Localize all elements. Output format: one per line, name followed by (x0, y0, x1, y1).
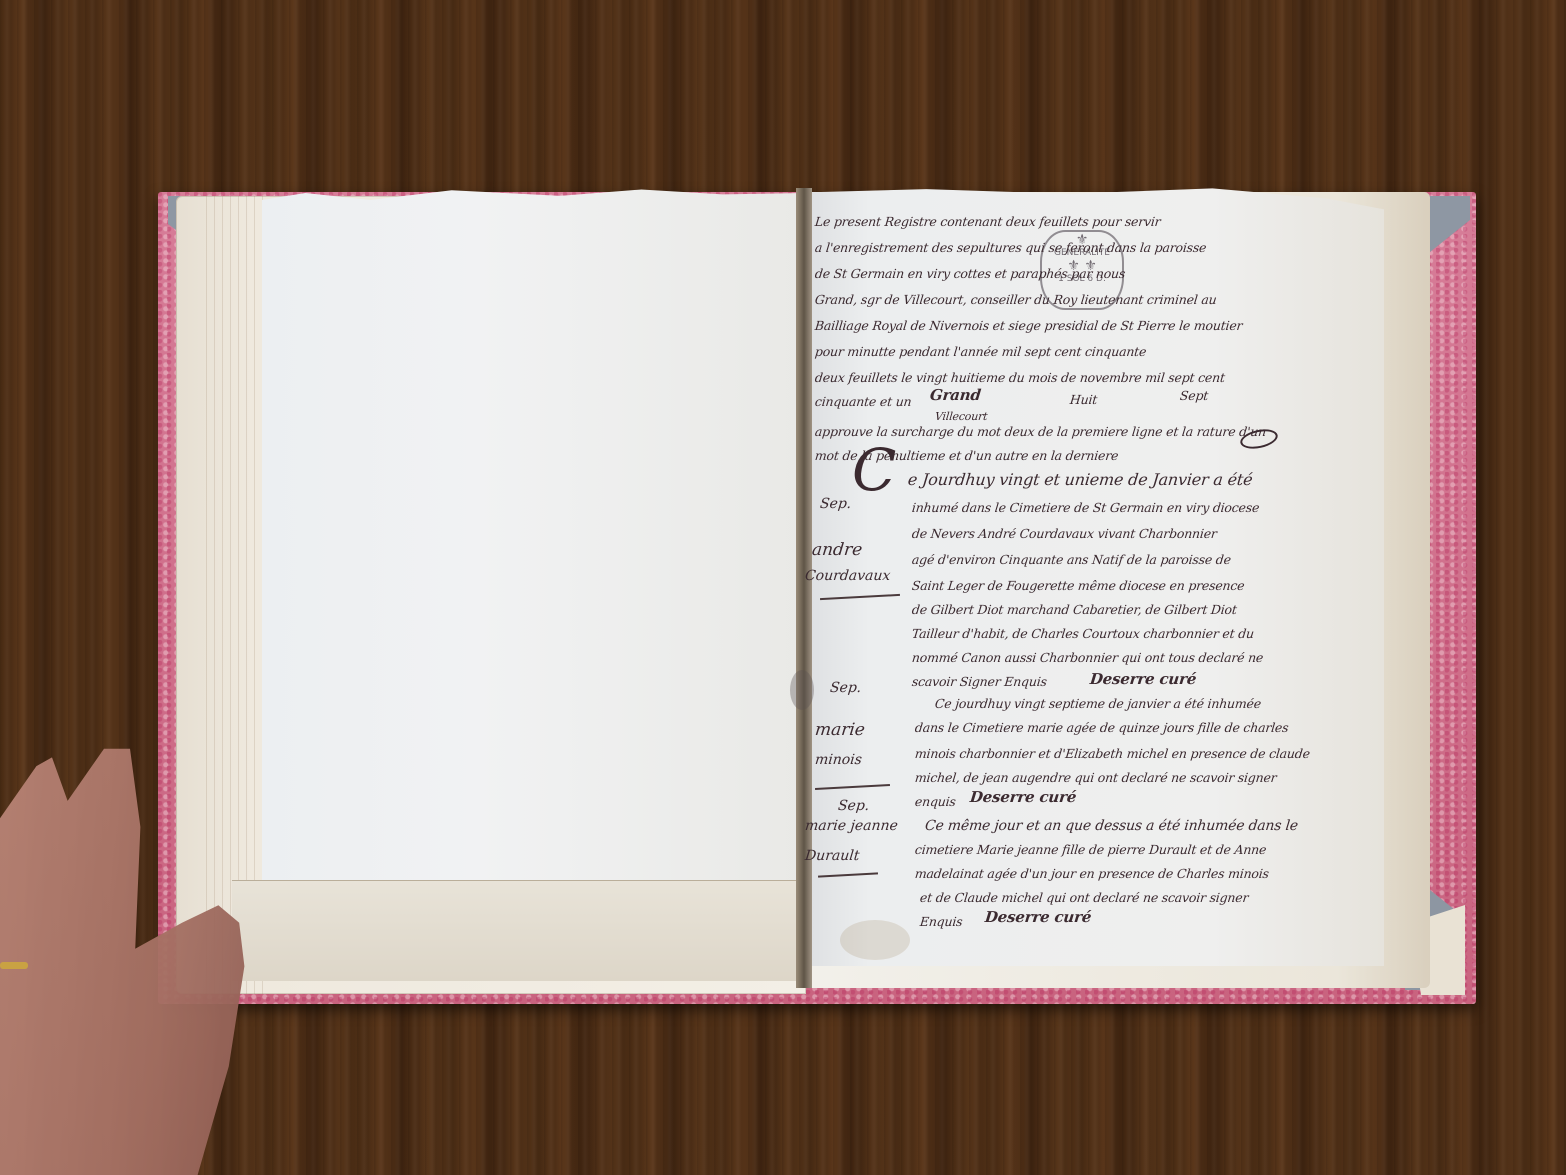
margin-name: marie (814, 720, 866, 740)
left-page-lower-edge (232, 880, 804, 981)
entry-line: cimetiere Marie jeanne fille de pierre D… (914, 842, 1267, 857)
curate-signature: Deserre curé (984, 908, 1092, 926)
preamble-line: deux feuillets le vingt huitieme du mois… (814, 370, 1225, 385)
margin-sep-label: Sep. (819, 496, 852, 512)
page-stain (840, 920, 910, 960)
entry-line: et de Claude michel qui ont declaré ne s… (919, 890, 1249, 905)
entry-line: Ce jourdhuy vingt septieme de janvier a … (934, 696, 1262, 711)
preamble-line: pour minutte pendant l'année mil sept ce… (814, 344, 1147, 359)
preamble-line: Bailliage Royal de Nivernois et siege pr… (814, 318, 1243, 333)
preamble-line: Le present Registre contenant deux feuil… (814, 214, 1161, 229)
entry-line: de Gilbert Diot marchand Cabaretier, de … (911, 602, 1237, 617)
entry-line: enquis (914, 794, 956, 809)
entry-line: nommé Canon aussi Charbonnier qui ont to… (911, 650, 1264, 665)
margin-surname: minois (814, 752, 863, 768)
curate-signature: Deserre curé (1089, 670, 1197, 688)
margin-surname: Courdavaux (804, 568, 891, 584)
wedding-ring (0, 962, 28, 969)
entry-line: inhumé dans le Cimetiere de St Germain e… (911, 500, 1260, 515)
preamble-line: cinquante et un (814, 394, 912, 409)
signature-villecourt: Villecourt (934, 410, 988, 423)
entry-line: minois charbonnier et d'Elizabeth michel… (914, 746, 1310, 761)
margin-surname: Durault (804, 848, 860, 864)
margin-name: marie jeanne (804, 818, 899, 834)
approval-initial-sept: Sept (1179, 388, 1209, 403)
margin-sep-label: Sep. (829, 680, 862, 696)
entry-line: Saint Leger de Fougerette même diocese e… (911, 578, 1245, 593)
page-damage-stain (790, 670, 814, 710)
entry-line: Ce même jour et an que dessus a été inhu… (924, 818, 1299, 834)
entry-line: scavoir Signer Enquis (911, 674, 1047, 689)
entry-line: madelainat agée d'un jour en presence de… (914, 866, 1269, 881)
entry-line: Enquis (919, 914, 963, 929)
left-page-blank[interactable] (262, 186, 804, 889)
entry-line: de Nevers André Courdavaux vivant Charbo… (911, 526, 1217, 541)
preamble-line: Grand, sgr de Villecourt, conseiller du … (814, 292, 1217, 307)
book-gutter (796, 188, 812, 988)
entry-line: agé d'environ Cinquante ans Natif de la … (911, 552, 1231, 567)
preamble-line: a l'enregistrement des sepultures qui se… (814, 240, 1207, 255)
margin-name: andre (811, 540, 863, 560)
entry-line: michel, de jean augendre qui ont declaré… (914, 770, 1277, 785)
margin-sep-label: Sep. (837, 798, 870, 814)
drop-cap: C (852, 436, 896, 504)
preamble-line: de St Germain en viry cottes et paraphés… (814, 266, 1126, 281)
curate-signature: Deserre curé (969, 788, 1077, 806)
entry-line: dans le Cimetiere marie agée de quinze j… (914, 720, 1289, 735)
signature-grand: Grand (929, 386, 982, 404)
approval-initial-huit: Huit (1069, 392, 1098, 407)
entry-line: Tailleur d'habit, de Charles Courtoux ch… (911, 626, 1255, 641)
entry-line: e Jourdhuy vingt et unieme de Janvier a … (907, 470, 1253, 489)
